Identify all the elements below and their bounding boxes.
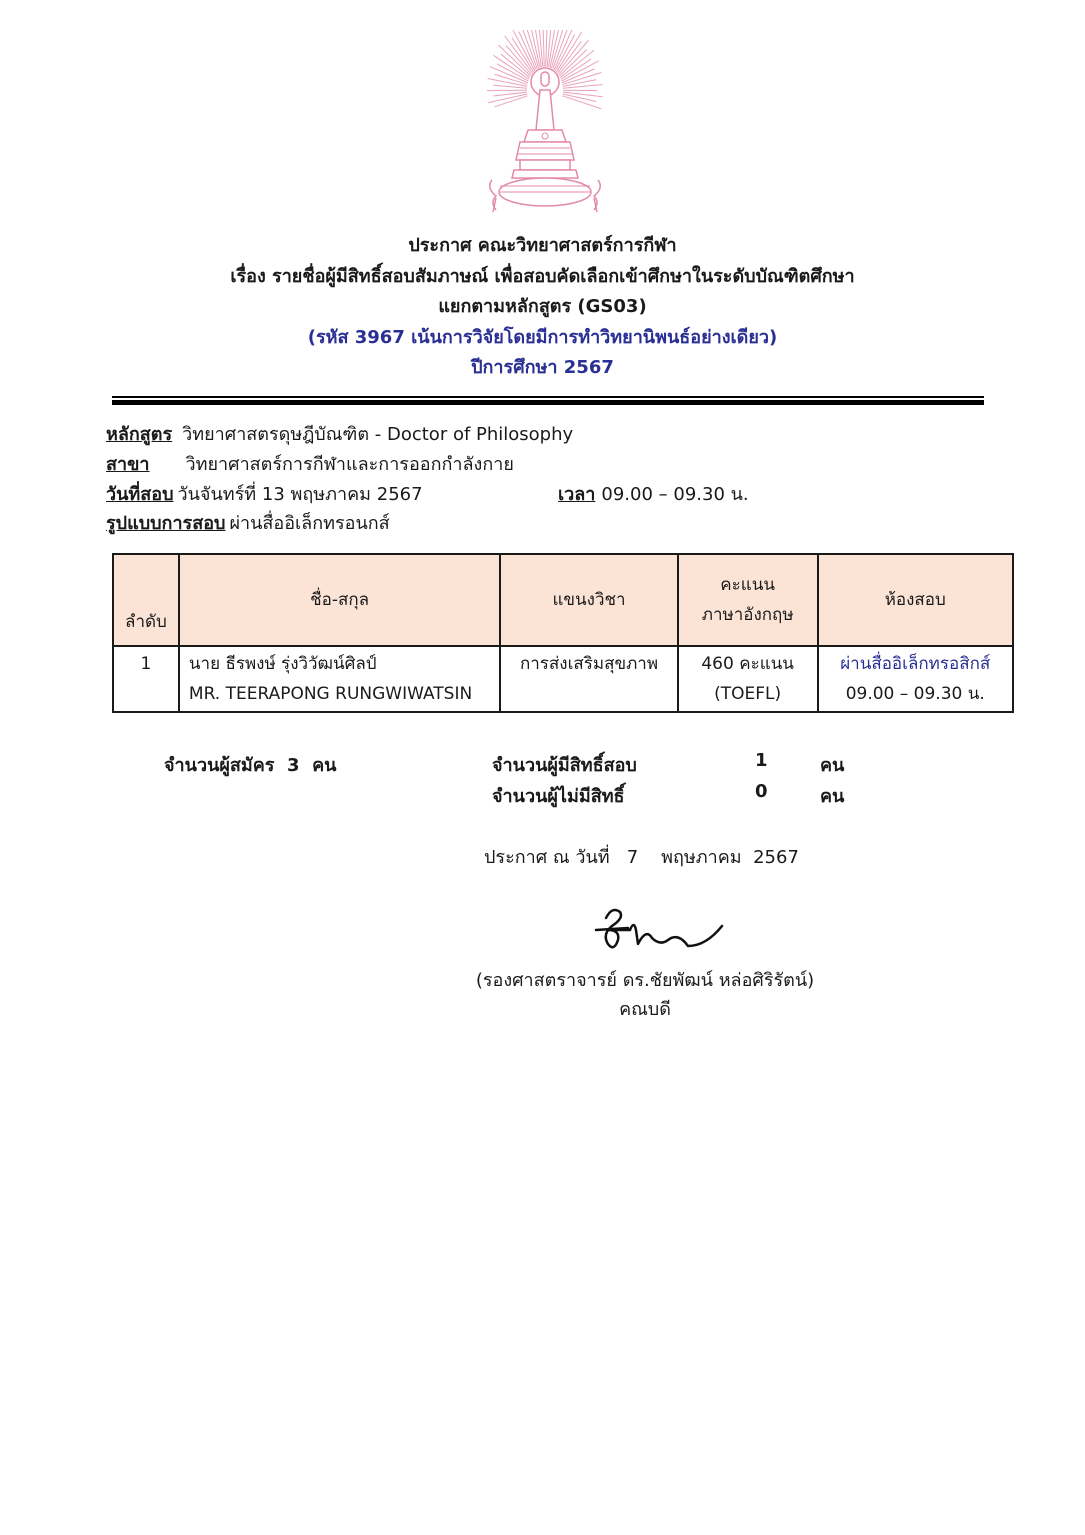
table-header-row: ลำดับ ชื่อ-สกุล แขนงวิชา คะแนน ภาษาอังกฤ… [113,554,1013,646]
header-divider-thin [112,396,984,398]
announcement-day: 7 [627,847,638,868]
document-header: ประกาศ คณะวิทยาศาสตร์การกีฬา เรื่อง รายช… [0,231,1085,384]
major-label: สาขา [106,454,150,475]
applicants-count: 3 [287,755,300,776]
column-header-field: แขนงวิชา [500,554,678,646]
column-header-exam-room: ห้องสอบ [818,554,1014,646]
eligible-candidates-table: ลำดับ ชื่อ-สกุล แขนงวิชา คะแนน ภาษาอังกฤ… [112,553,1014,713]
major-value: วิทยาศาสตร์การกีฬาและการออกกำลังกาย [186,454,514,475]
column-header-name: ชื่อ-สกุล [179,554,500,646]
academic-year-line: ปีการศึกษา 2567 [0,353,1085,384]
exam-time-label: เวลา [558,484,595,505]
ineligible-unit: คน [820,781,844,810]
major-row: สาขาวิทยาศาสตร์การกีฬาและการออกกำลังกาย [106,449,514,478]
exam-time-row: เวลา09.00 – 09.30 น. [558,479,749,508]
exam-time-value: 09.00 – 09.30 น. [601,484,748,505]
university-emblem-icon [480,30,610,215]
candidate-name-en: MR. TEERAPONG RUNGWIWATSIN [189,679,499,709]
ineligible-count: 0 [755,781,768,802]
ineligible-label: จำนวนผู้ไม่มีสิทธิ์ [492,781,625,810]
exam-format-label: รูปแบบการสอบ [106,513,225,534]
candidate-name-th: นาย ธีรพงษ์ รุ่งวิวัฒน์ศิลป์ [189,649,499,679]
announcement-month: พฤษภาคม [661,847,742,868]
announcement-program-group: แยกตามหลักสูตร (GS03) [0,292,1085,323]
announcement-subject: เรื่อง รายชื่อผู้มีสิทธิ์สอบสัมภาษณ์ เพื… [0,262,1085,293]
signature-icon [588,900,738,960]
cell-field: การส่งเสริมสุขภาพ [500,646,678,712]
program-label: หลักสูตร [106,424,172,445]
column-header-rank: ลำดับ [113,554,179,646]
applicants-summary: จำนวนผู้สมัคร 3 คน [164,750,336,779]
eligible-label: จำนวนผู้มีสิทธิ์สอบ [492,750,637,779]
program-code-line: (รหัส 3967 เน้นการวิจัยโดยมีการทำวิทยานิ… [0,323,1085,354]
eligible-count: 1 [755,750,768,771]
score-value: 460 คะแนน [679,649,817,679]
exam-room-time: 09.00 – 09.30 น. [819,679,1013,709]
signer-name: (รองศาสตราจารย์ ดร.ชัยพัฒน์ หล่อศิริรัตน… [0,966,1085,995]
cell-english-score: 460 คะแนน (TOEFL) [678,646,818,712]
exam-date-row: วันที่สอบวันจันทร์ที่ 13 พฤษภาคม 2567 [106,479,423,508]
announcement-date: ประกาศ ณ วันที่ 7 พฤษภาคม 2567 [484,842,799,871]
announcement-title: ประกาศ คณะวิทยาศาสตร์การกีฬา [0,231,1085,262]
header-divider-thick [112,400,984,405]
score-test: (TOEFL) [679,679,817,709]
cell-exam-room: ผ่านสื่ออิเล็กทรอสิกส์ 09.00 – 09.30 น. [818,646,1014,712]
exam-date-value: วันจันทร์ที่ 13 พฤษภาคม 2567 [178,484,423,505]
program-row: หลักสูตรวิทยาศาสตรดุษฎีบัณฑิต - Doctor o… [106,419,573,448]
eligible-unit: คน [820,750,844,779]
signer-position: คณบดี [0,995,1085,1024]
exam-room-value: ผ่านสื่ออิเล็กทรอสิกส์ [819,649,1013,679]
signer-block: (รองศาสตราจารย์ ดร.ชัยพัฒน์ หล่อศิริรัตน… [0,966,1085,1024]
exam-date-label: วันที่สอบ [106,484,174,505]
cell-name: นาย ธีรพงษ์ รุ่งวิวัฒน์ศิลป์ MR. TEERAPO… [179,646,500,712]
table-row: 1 นาย ธีรพงษ์ รุ่งวิวัฒน์ศิลป์ MR. TEERA… [113,646,1013,712]
cell-rank: 1 [113,646,179,712]
column-header-english-score: คะแนน ภาษาอังกฤษ [678,554,818,646]
announcement-year: 2567 [753,847,799,868]
program-value: วิทยาศาสตรดุษฎีบัณฑิต - Doctor of Philos… [182,424,573,445]
exam-format-row: รูปแบบการสอบผ่านสื่ออิเล็กทรอนกส์ [106,508,390,537]
exam-format-value: ผ่านสื่ออิเล็กทรอนกส์ [229,513,389,534]
